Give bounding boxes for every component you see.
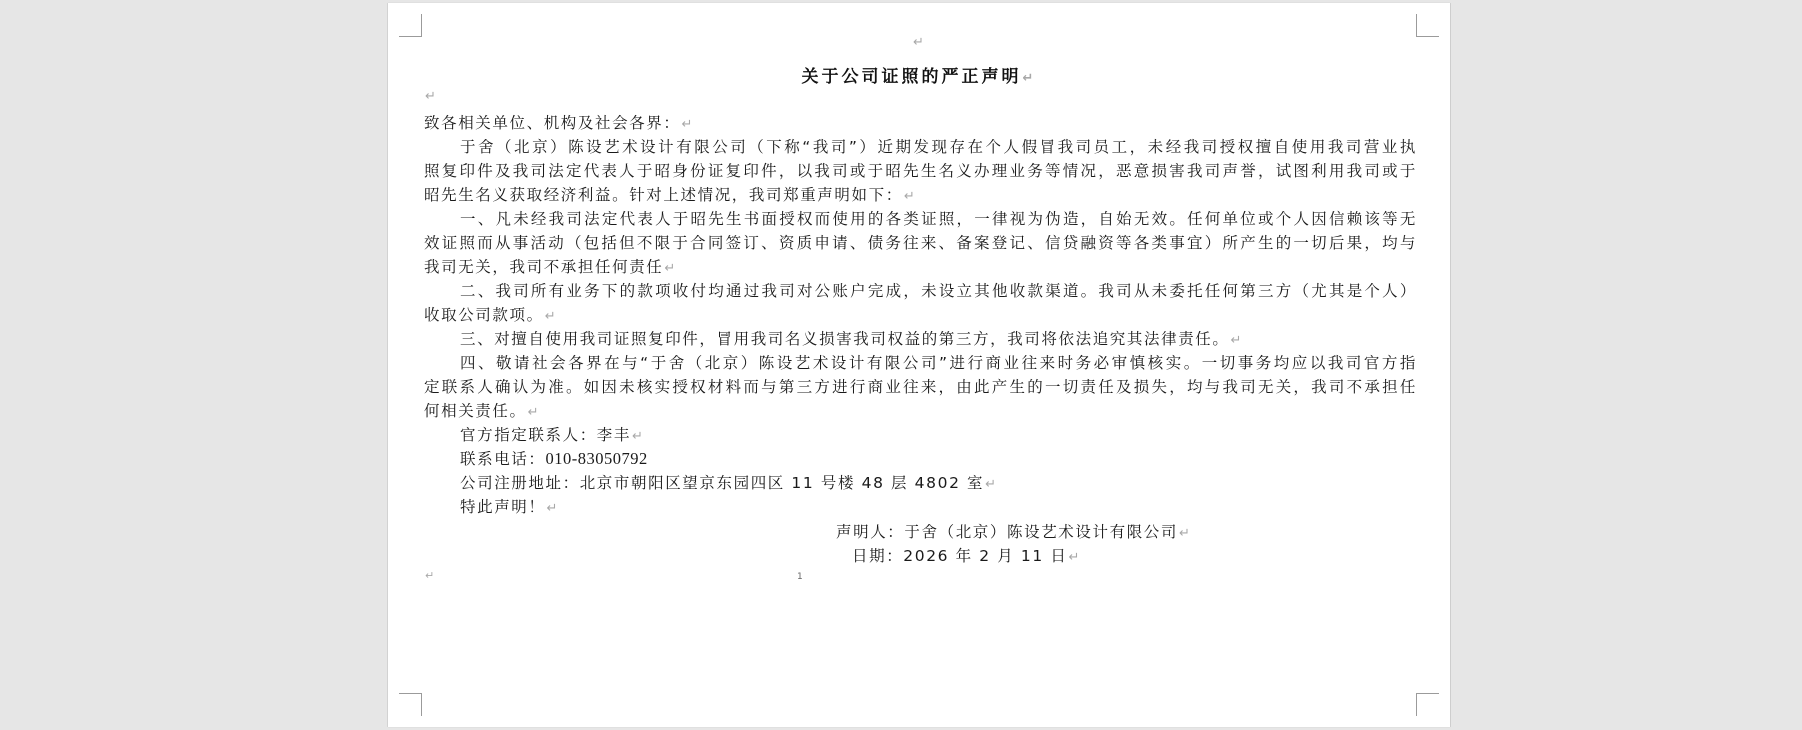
salutation-text: 致各相关单位、机构及社会各界：: [424, 114, 681, 132]
clause-4-line-3-text: 何相关责任。: [424, 402, 527, 420]
clause-1-line-3-text: 我司无关，我司不承担任何责任: [424, 258, 663, 276]
paragraph-mark-icon: ↵: [1023, 71, 1037, 86]
date-text: 日期：2026 年 2 月 11 日: [852, 547, 1067, 565]
paragraph-mark-icon: ↵: [664, 261, 677, 276]
document-page[interactable]: ↵ 关于公司证照的严正声明↵ ↵ 致各相关单位、机构及社会各界：↵ 于舍（北京）…: [388, 3, 1450, 727]
clause-2-line-2-text: 收取公司款项。: [424, 306, 544, 324]
clause-4-line-1: 四、敬请社会各界在与“于舍（北京）陈设艺术设计有限公司”进行商业往来时务必审慎核…: [424, 353, 1417, 373]
clause-1-line-3: 我司无关，我司不承担任何责任↵: [424, 257, 677, 279]
clause-4-line-3: 何相关责任。↵: [424, 401, 540, 423]
margin-corner-mark-top-left: [399, 14, 422, 37]
salutation: 致各相关单位、机构及社会各界：↵: [424, 113, 694, 135]
contact-phone: 联系电话：010-83050792: [424, 449, 648, 469]
paragraph-mark-icon: ↵: [1068, 550, 1081, 565]
phone-number: 010-83050792: [546, 449, 648, 468]
paragraph-mark-icon: ↵: [1179, 526, 1192, 541]
closing-statement: 特此声明！↵: [424, 497, 559, 519]
address-text: 公司注册地址：北京市朝阳区望京东园四区 11 号楼 48 层 4802 室: [460, 474, 984, 492]
intro-line-1: 于舍（北京）陈设艺术设计有限公司（下称“我司”）近期发现存在个人假冒我司员工，未…: [424, 137, 1417, 157]
clause-1-line-1: 一、凡未经我司法定代表人于昭先生书面授权而使用的各类证照，一律视为伪造，自始无效…: [424, 209, 1417, 229]
paragraph-mark-icon: ↵: [985, 477, 998, 492]
paragraph-mark-icon: ↵: [425, 89, 436, 104]
paragraph-mark-icon: ↵: [913, 35, 924, 50]
registered-address: 公司注册地址：北京市朝阳区望京东园四区 11 号楼 48 层 4802 室↵: [424, 473, 998, 495]
margin-corner-mark-bottom-left: [399, 693, 422, 716]
document-title: 关于公司证照的严正声明↵: [388, 62, 1450, 87]
intro-line-3-text: 昭先生名义获取经济利益。针对上述情况，我司郑重声明如下：: [424, 186, 903, 204]
clause-3-line-1: 三、对擅自使用我司证照复印件，冒用我司名义损害我司权益的第三方，我司将依法追究其…: [424, 329, 1243, 351]
title-text: 关于公司证照的严正声明: [802, 67, 1022, 87]
clause-1-line-2: 效证照而从事活动（包括但不限于合同签订、资质申请、债务往来、备案登记、信贷融资等…: [424, 233, 1417, 253]
margin-corner-mark-top-right: [1416, 14, 1439, 37]
page-number: 1: [797, 572, 803, 582]
paragraph-mark-icon: ↵: [528, 405, 541, 420]
paragraph-mark-icon: ↵: [545, 309, 558, 324]
declarant: 声明人：于舍（北京）陈设艺术设计有限公司↵: [836, 522, 1192, 544]
closing-text: 特此声明！: [460, 498, 546, 516]
declarant-text: 声明人：于舍（北京）陈设艺术设计有限公司: [836, 523, 1178, 541]
phone-label: 联系电话：: [460, 450, 546, 468]
contact-person: 官方指定联系人：李丰↵: [424, 425, 645, 447]
intro-line-3: 昭先生名义获取经济利益。针对上述情况，我司郑重声明如下：↵: [424, 185, 916, 207]
clause-2-line-1: 二、我司所有业务下的款项收付均通过我司对公账户完成，未设立其他收款渠道。我司从未…: [424, 281, 1417, 301]
paragraph-mark-icon: ↵: [1231, 333, 1244, 348]
paragraph-mark-icon: ↵: [547, 501, 560, 516]
paragraph-mark-icon: ↵: [682, 117, 695, 132]
margin-corner-mark-bottom-right: [1416, 693, 1439, 716]
paragraph-mark-icon: ↵: [632, 429, 645, 444]
clause-3-text: 三、对擅自使用我司证照复印件，冒用我司名义损害我司权益的第三方，我司将依法追究其…: [460, 330, 1230, 348]
clause-2-line-2: 收取公司款项。↵: [424, 305, 557, 327]
paragraph-mark-icon: ↵: [904, 189, 917, 204]
intro-line-2: 照复印件及我司法定代表人于昭身份证复印件，以我司或于昭先生名义办理业务等情况，恶…: [424, 161, 1417, 181]
paragraph-mark-icon: ↵: [425, 569, 434, 582]
clause-4-line-2: 定联系人确认为准。如因未核实授权材料而与第三方进行商业往来，由此产生的一切责任及…: [424, 377, 1417, 397]
contact-person-text: 官方指定联系人：李丰: [460, 426, 631, 444]
declaration-date: 日期：2026 年 2 月 11 日↵: [852, 546, 1081, 568]
